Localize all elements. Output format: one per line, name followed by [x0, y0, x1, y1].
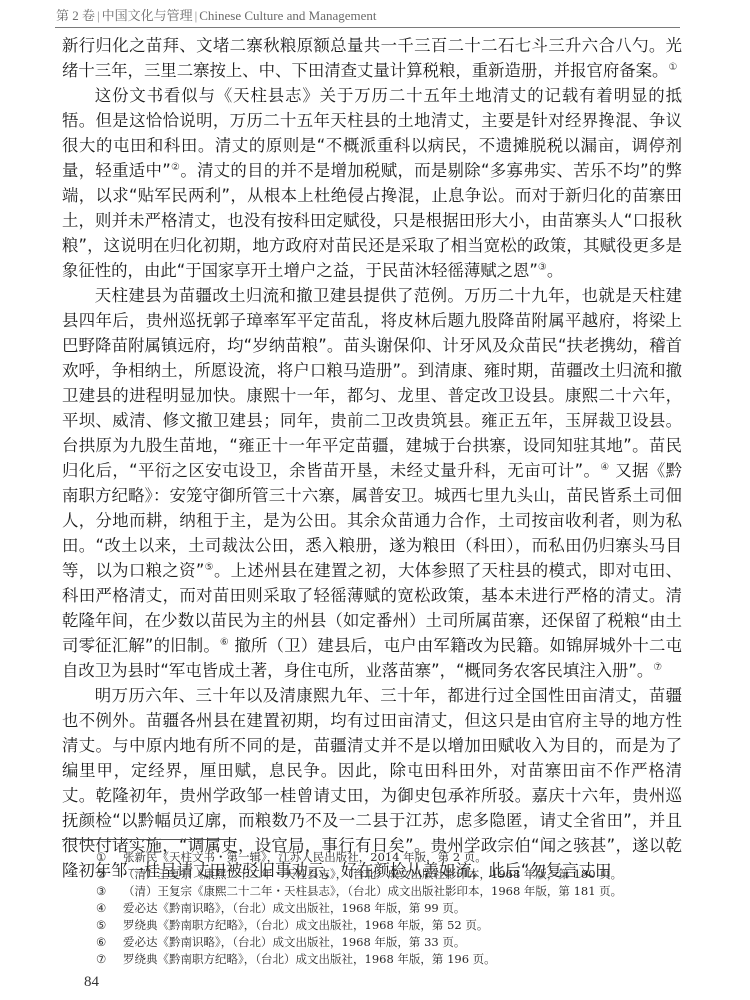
- journal-title-cn: 中国文化与管理: [102, 8, 193, 23]
- body-text: 新行归化之苗拜、文堵二寨秋粮原额总量共一千三百二十二石七斗三升六合八勺。光绪十三…: [62, 33, 682, 883]
- footnote-text: 张新民《天柱文书・第一辑》，江苏人民出版社，2014 年版，第 2 页。: [123, 849, 487, 866]
- paragraph-text: 。: [547, 261, 563, 280]
- footnote-item: ③（清）王复宗《康熙二十二年・天柱县志》，（台北）成文出版社影印本，1968 年…: [96, 883, 676, 900]
- footnote-text: （清）王复宗《康熙二十二年・天柱县志》，（台北）成文出版社影印本，1968 年版…: [123, 866, 622, 883]
- footnote-rule: [62, 839, 228, 840]
- paragraph: 天柱建县为苗疆改土归流和撤卫建县提供了范例。万历二十九年，也就是天柱建县四年后，…: [62, 283, 682, 683]
- paragraph: 这份文书看似与《天柱县志》关于万历二十五年土地清丈的记载有着明显的抵牾。但是这恰…: [62, 83, 682, 283]
- footnote-number: ①: [96, 849, 123, 866]
- footnote-text: 罗绕典《黔南职方纪略》，（台北）成文出版社，1968 年版，第 52 页。: [123, 917, 488, 934]
- page-number: 84: [84, 974, 99, 991]
- running-header: 第 2 卷|中国文化与管理|Chinese Culture and Manage…: [56, 7, 680, 25]
- footnote-number: ⑥: [96, 934, 123, 951]
- footnote-item: ⑦罗绕典《黔南职方纪略》，（台北）成文出版社，1968 年版，第 196 页。: [96, 951, 676, 968]
- footnote-item: ①张新民《天柱文书・第一辑》，江苏人民出版社，2014 年版，第 2 页。: [96, 849, 676, 866]
- footnote-ref[interactable]: ④: [600, 462, 609, 473]
- footnote-text: 爱必达《黔南识略》，（台北）成文出版社，1968 年版，第 33 页。: [123, 934, 465, 951]
- footnote-number: ⑤: [96, 917, 123, 934]
- footnote-number: ⑦: [96, 951, 123, 968]
- footnote-list: ①张新民《天柱文书・第一辑》，江苏人民出版社，2014 年版，第 2 页。 ②（…: [96, 849, 676, 968]
- footnote-ref[interactable]: ③: [538, 262, 547, 273]
- paragraph-text: 新行归化之苗拜、文堵二寨秋粮原额总量共一千三百二十二石七斗三升六合八勺。光绪十三…: [62, 36, 682, 80]
- footnote-text: （清）王复宗《康熙二十二年・天柱县志》，（台北）成文出版社影印本，1968 年版…: [123, 883, 622, 900]
- footnote-ref[interactable]: ⑥: [220, 637, 229, 648]
- footnote-item: ④爱必达《黔南识略》，（台北）成文出版社，1968 年版，第 99 页。: [96, 900, 676, 917]
- header-rule: [55, 27, 680, 28]
- journal-title-en: Chinese Culture and Management: [199, 8, 376, 23]
- footnote-item: ②（清）王复宗《康熙二十二年・天柱县志》，（台北）成文出版社影印本，1968 年…: [96, 866, 676, 883]
- footnote-number: ④: [96, 900, 123, 917]
- paragraph-text: 天柱建县为苗疆改土归流和撤卫建县提供了范例。万历二十九年，也就是天柱建县四年后，…: [62, 286, 682, 480]
- footnote-item: ⑥爱必达《黔南识略》，（台北）成文出版社，1968 年版，第 33 页。: [96, 934, 676, 951]
- footnote-ref[interactable]: ②: [171, 162, 181, 173]
- footnote-item: ⑤罗绕典《黔南职方纪略》，（台北）成文出版社，1968 年版，第 52 页。: [96, 917, 676, 934]
- footnote-text: 爱必达《黔南识略》，（台北）成文出版社，1968 年版，第 99 页。: [123, 900, 465, 917]
- footnote-number: ②: [96, 866, 123, 883]
- footnote-text: 罗绕典《黔南职方纪略》，（台北）成文出版社，1968 年版，第 196 页。: [123, 951, 496, 968]
- volume-label: 第 2 卷: [56, 8, 95, 23]
- paragraph: 新行归化之苗拜、文堵二寨秋粮原额总量共一千三百二十二石七斗三升六合八勺。光绪十三…: [62, 33, 682, 83]
- footnote-number: ③: [96, 883, 123, 900]
- footnote-ref[interactable]: ⑦: [653, 662, 662, 673]
- header-separator: |: [195, 8, 198, 23]
- footnote-ref[interactable]: ⑤: [204, 562, 214, 573]
- footnote-ref[interactable]: ①: [668, 62, 677, 73]
- header-separator: |: [97, 8, 100, 23]
